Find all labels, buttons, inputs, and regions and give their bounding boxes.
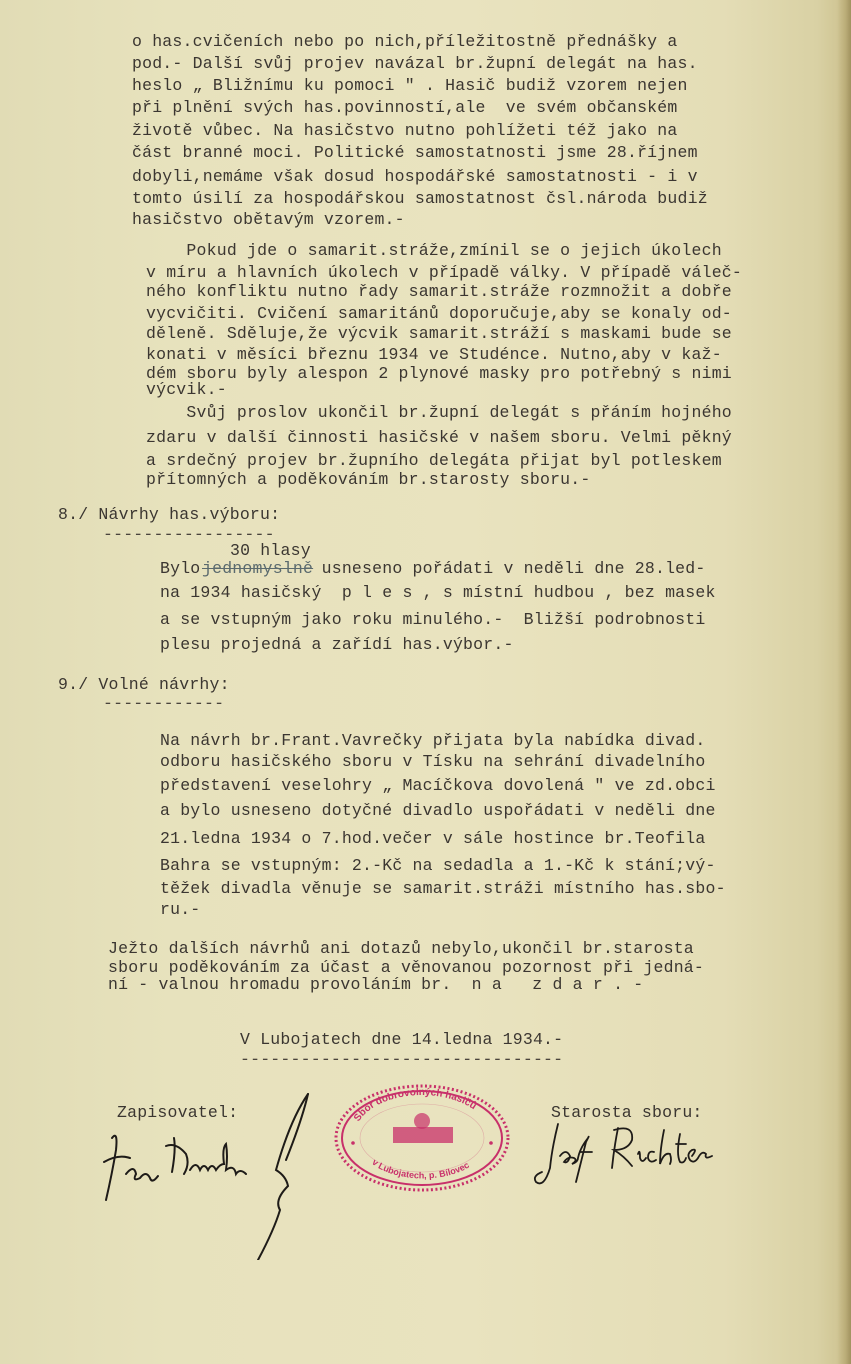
text-line: dobyli,nemáme však dosud hospodářské sam… — [132, 167, 698, 187]
text-line: děleně. Sděluje,že výcvik samarit.stráží… — [146, 324, 732, 344]
text-line: Na návrh br.Frant.Vavrečky přijata byla … — [160, 731, 706, 751]
text-line: plesu projedná a zařídí has.výbor.- — [160, 635, 514, 655]
date-line: V Lubojatech dne 14.ledna 1934.- — [240, 1030, 563, 1050]
text-line: představení veselohry „ Macíčkova dovole… — [160, 776, 716, 796]
text-line: část branné moci. Politické samostatnost… — [132, 143, 698, 163]
text-line: tomto úsilí za hospodářskou samostatnost… — [132, 189, 708, 209]
association-stamp: Sbor dobrovolných hasičů v Lubojatech, p… — [333, 1083, 511, 1193]
text-line: ní - valnou hromadu provoláním br. n a z… — [108, 975, 643, 995]
text-line: heslo „ Bližnímu ku pomoci " . Hasič bud… — [132, 76, 688, 96]
page-edge-shadow — [837, 0, 851, 1364]
text-line: při plnění svých has.povinností,ale ve s… — [132, 98, 678, 118]
insertion-note: 30 hlasy — [230, 541, 311, 561]
text-line: konati v měsíci březnu 1934 ve Studénce.… — [146, 345, 722, 365]
date-underline: -------------------------------- — [240, 1050, 563, 1070]
text-line: na 1934 hasičský p l e s , s místní hudb… — [160, 583, 716, 603]
text-line: zdaru v další činnosti hasičské v našem … — [146, 428, 732, 448]
text-line: Ježto dalších návrhů ani dotazů nebylo,u… — [108, 939, 694, 959]
text-line: výcvik.- — [146, 380, 227, 400]
text-line: a bylo usneseno dotyčné divadlo uspořáda… — [160, 801, 716, 821]
text-line: životě vůbec. Na hasičstvo nutno pohlíže… — [132, 121, 678, 141]
text-line: Pokud jde o samarit.stráže,zmínil se o j… — [146, 241, 722, 261]
section-9-heading: 9./ Volné návrhy: — [58, 675, 230, 695]
text-line: odboru hasičského sboru v Tísku na sehrá… — [160, 752, 706, 772]
text-line: ru.- — [160, 900, 200, 920]
recorder-signature — [90, 1090, 330, 1260]
text-line: vycvičiti. Cvičení samaritánů doporučuje… — [146, 304, 732, 324]
text-line: Svůj proslov ukončil br.župní delegát s … — [146, 403, 732, 423]
chairman-signature — [530, 1118, 730, 1198]
text-line: pod.- Další svůj projev navázal br.župní… — [132, 54, 698, 74]
text-line: přítomných a poděkováním br.starosty sbo… — [146, 470, 590, 490]
section-8-heading: 8./ Návrhy has.výboru: — [58, 505, 280, 525]
text-line: a se vstupným jako roku minulého.- Bližš… — [160, 610, 706, 630]
stamp-bottom-text: v Lubojatech, p. Bílovec — [370, 1157, 471, 1181]
document-page: o has.cvičeních nebo po nich,příležitost… — [0, 0, 851, 1364]
text-line: 21.ledna 1934 o 7.hod.večer v sále hosti… — [160, 829, 706, 849]
text-line: a srdečný projev br.župního delegáta při… — [146, 451, 722, 471]
section-9-underline: ------------ — [103, 694, 224, 714]
text-line: v míru a hlavních úkolech v případě válk… — [146, 263, 742, 283]
text-line: dém sboru byly alespon 2 plynové masky p… — [146, 364, 732, 384]
text-line: ného konfliktu nutno řady samarit.stráže… — [146, 282, 732, 302]
text-line: Bylo usneseno pořádati v neděli dne 28.l… — [160, 559, 706, 579]
text-line: Bahra se vstupným: 2.-Kč na sedadla a 1.… — [160, 856, 716, 876]
text-line: o has.cvičeních nebo po nich,příležitost… — [132, 32, 678, 52]
text-line: hasičstvo obětavým vzorem.- — [132, 210, 405, 230]
text-line: těžek divadla věnuje se samarit.stráži m… — [160, 879, 726, 899]
